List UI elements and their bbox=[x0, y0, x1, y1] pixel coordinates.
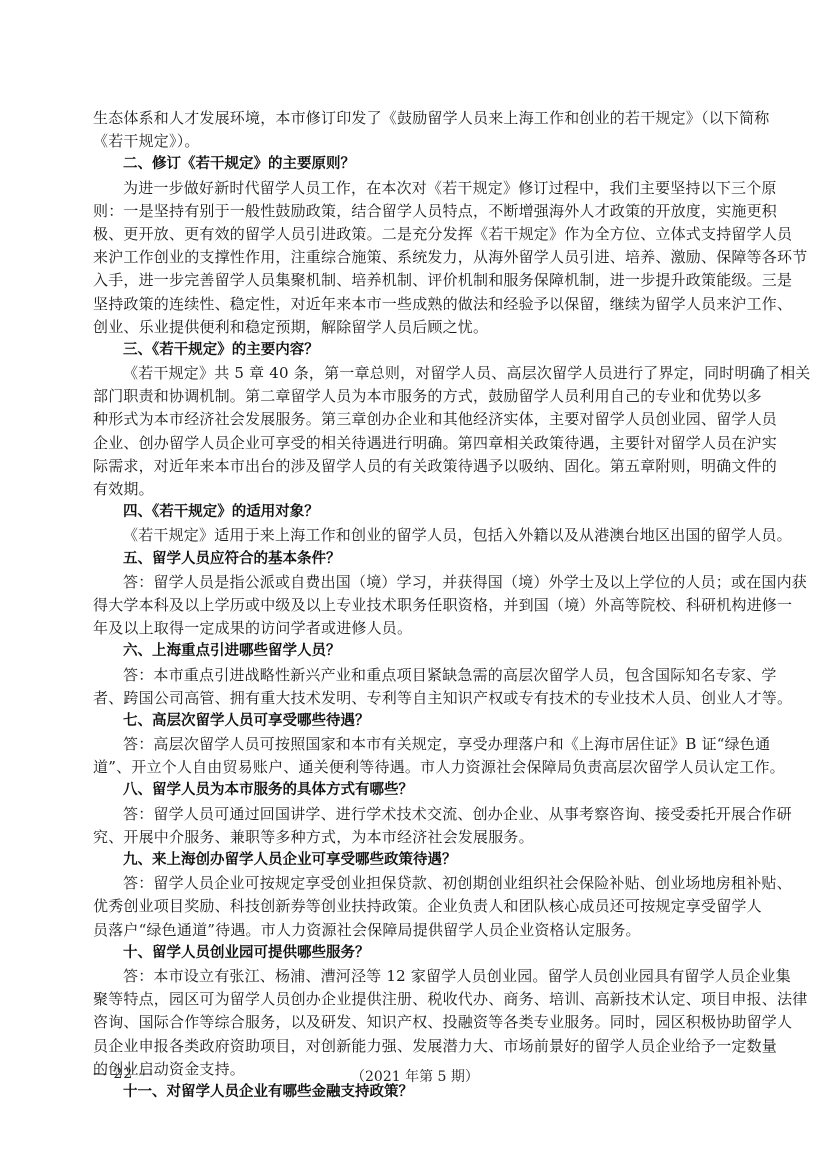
paragraph-line: 年及以上取得一定成果的访问学者或进修人员。 bbox=[93, 617, 735, 640]
paragraph-line: 优秀创业项目奖励、科技创新券等创业扶持政策。企业负责人和团队核心成员还可按规定享… bbox=[93, 895, 735, 918]
paragraph-line: 道”、开立个人自由贸易账户、通关便利等待遇。市人力资源社会保障局负责高层次留学人… bbox=[93, 756, 735, 779]
section-heading: 六、上海重点引进哪些留学人员？ bbox=[93, 640, 735, 663]
paragraph-line: 创业、乐业提供便利和稳定预期，解除留学人员后顾之忧。 bbox=[93, 316, 735, 339]
paragraph-line: 极、更开放、更有效的留学人员引进政策。二是充分发挥《若干规定》作为全方位、立体式… bbox=[93, 223, 735, 246]
section-heading: 九、来上海创办留学人员企业可享受哪些政策待遇？ bbox=[93, 849, 735, 872]
paragraph-line: 种形式为本市经济社会发展服务。第三章创办企业和其他经济实体，主要对留学人员创业园… bbox=[93, 408, 735, 431]
paragraph-line: 来沪工作创业的支撑性作用，注重综合施策、系统发力，从海外留学人员引进、培养、激励… bbox=[93, 246, 735, 269]
paragraph-line: 员落户“绿色通道”待遇。市人力资源社会保障局提供留学人员企业资格认定服务。 bbox=[93, 919, 735, 942]
issue-label: （2021 年第 5 期） bbox=[351, 1066, 479, 1086]
paragraph-line: 答：本市设立有张江、杨浦、漕河泾等 12 家留学人员创业园。留学人员创业园具有留… bbox=[93, 965, 735, 988]
section-heading: 五、留学人员应符合的基本条件？ bbox=[93, 548, 735, 571]
page-footer: — 22 — （2021 年第 5 期） bbox=[93, 1066, 735, 1088]
paragraph-line: 得大学本科及以上学历或中级及以上专业技术职务任职资格，并到国（境）外高等院校、科… bbox=[93, 594, 735, 617]
paragraph-line: 《若干规定》共 5 章 40 条，第一章总则，对留学人员、高层次留学人员进行了界… bbox=[93, 362, 735, 385]
paragraph-line: 坚持政策的连续性、稳定性，对近年来本市一些成熟的做法和经验予以保留，继续为留学人… bbox=[93, 293, 735, 316]
section-heading: 七、高层次留学人员可享受哪些待遇？ bbox=[93, 710, 735, 733]
section-heading: 四、《若干规定》的适用对象？ bbox=[93, 501, 735, 524]
paragraph-line: 有效期。 bbox=[93, 478, 735, 501]
paragraph-line: 则：一是坚持有别于一般性鼓励政策，结合留学人员特点，不断增强海外人才政策的开放度… bbox=[93, 200, 735, 223]
section-heading: 十、留学人员创业园可提供哪些服务？ bbox=[93, 942, 735, 965]
paragraph-line: 员企业申报各类政府资助项目，对创新能力强、发展潜力大、市场前景好的留学人员企业给… bbox=[93, 1035, 735, 1058]
paragraph-line: 部门职责和协调机制。第二章留学人员为本市服务的方式，鼓励留学人员利用自己的专业和… bbox=[93, 385, 735, 408]
paragraph-line: 答：高层次留学人员可按照国家和本市有关规定，享受办理落户和《上海市居住证》B 证… bbox=[93, 733, 735, 756]
paragraph-line: 究、开展中介服务、兼职等多种方式，为本市经济社会发展服务。 bbox=[93, 826, 735, 849]
paragraph-line: 《若干规定》）。 bbox=[93, 130, 735, 153]
paragraph-line: 入手，进一步完善留学人员集聚机制、培养机制、评价机制和服务保障机制，进一步提升政… bbox=[93, 269, 735, 292]
paragraph-line: 生态体系和人才发展环境，本市修订印发了《鼓励留学人员来上海工作和创业的若干规定》… bbox=[93, 107, 735, 130]
section-heading: 三、《若干规定》的主要内容？ bbox=[93, 339, 735, 362]
document-body: 生态体系和人才发展环境，本市修订印发了《鼓励留学人员来上海工作和创业的若干规定》… bbox=[93, 107, 735, 1104]
section-heading: 八、留学人员为本市服务的具体方式有哪些？ bbox=[93, 779, 735, 802]
paragraph-line: 际需求，对近年来本市出台的涉及留学人员的有关政策待遇予以吸纳、固化。第五章附则，… bbox=[93, 455, 735, 478]
paragraph-line: 者、跨国公司高管、拥有重大技术发明、专利等自主知识产权或专有技术的专业技术人员、… bbox=[93, 687, 735, 710]
paragraph-line: 企业、创办留学人员企业可享受的相关待遇进行明确。第四章相关政策待遇，主要针对留学… bbox=[93, 432, 735, 455]
page-number: — 22 — bbox=[93, 1066, 154, 1082]
paragraph-line: 答：留学人员是指公派或自费出国（境）学习，并获得国（境）外学士及以上学位的人员；… bbox=[93, 571, 735, 594]
paragraph-line: 为进一步做好新时代留学人员工作，在本次对《若干规定》修订过程中，我们主要坚持以下… bbox=[93, 177, 735, 200]
paragraph-line: 《若干规定》适用于来上海工作和创业的留学人员，包括入外籍以及从港澳台地区出国的留… bbox=[93, 524, 735, 547]
paragraph-line: 咨询、国际合作等综合服务，以及研发、知识产权、投融资等各类专业服务。同时，园区积… bbox=[93, 1011, 735, 1034]
section-heading: 二、修订《若干规定》的主要原则？ bbox=[93, 153, 735, 176]
paragraph-line: 答：留学人员企业可按规定享受创业担保贷款、初创期创业组织社会保险补贴、创业场地房… bbox=[93, 872, 735, 895]
paragraph-line: 答：本市重点引进战略性新兴产业和重点项目紧缺急需的高层次留学人员，包含国际知名专… bbox=[93, 664, 735, 687]
paragraph-line: 聚等特点，园区可为留学人员创办企业提供注册、税收代办、商务、培训、高新技术认定、… bbox=[93, 988, 735, 1011]
paragraph-line: 答：留学人员可通过回国讲学、进行学术技术交流、创办企业、从事考察咨询、接受委托开… bbox=[93, 803, 735, 826]
